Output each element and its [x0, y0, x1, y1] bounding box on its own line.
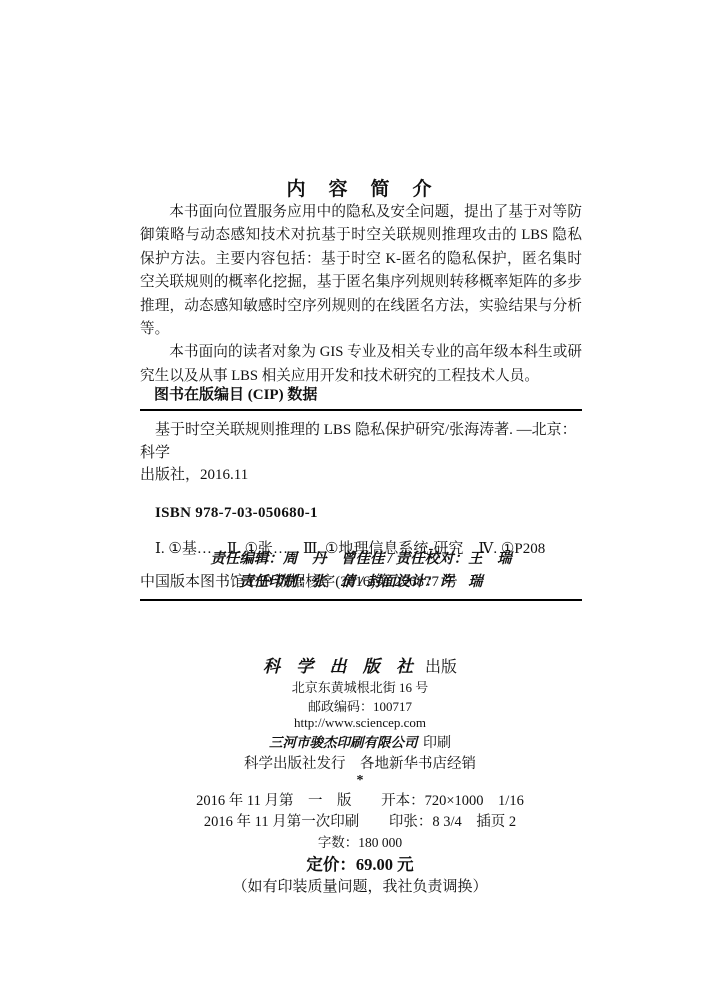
content-summary-title: 内 容 简 介: [0, 174, 720, 201]
printer-name: 三河市骏杰印刷有限公司: [269, 735, 418, 750]
edition-line: 2016 年 11 月第 一 版 开本：720×1000 1/16: [0, 789, 720, 810]
edition-text: 2016 年 11 月第 一 版: [196, 793, 351, 809]
distribution-line: 科学出版社发行 各地新华书店经销: [0, 752, 720, 773]
publisher-suffix: 出版: [425, 659, 457, 676]
price: 定价：69.00 元: [0, 851, 720, 875]
divider-bottom: [140, 599, 582, 601]
staff-credits: 责任编辑：周 丹 曾佳佳 / 责任校对：王 瑞 责任印制：张 倩 / 封面设计：…: [140, 548, 582, 594]
cip-entry-line1: 基于时空关联规则推理的 LBS 隐私保护研究/张海涛著. —北京：科学: [140, 419, 582, 464]
summary-paragraph-1: 本书面向位置服务应用中的隐私及安全问题，提出了基于对等防御策略与动态感知技术对抗…: [140, 201, 582, 341]
impression-line: 2016 年 11 月第一次印刷 印张：8 3/4 插页 2: [0, 810, 720, 831]
isbn-number: ISBN 978-7-03-050680-1: [140, 505, 582, 522]
staff-printing-line: 责任印制：张 倩 / 封面设计：许 瑞: [140, 571, 582, 594]
format-text: 开本：720×1000 1/16: [381, 793, 524, 809]
printer-line: 三河市骏杰印刷有限公司 印刷: [0, 731, 720, 752]
impression-text: 2016 年 11 月第一次印刷: [204, 814, 359, 830]
publisher-line: 科 学 出 版 社 出版: [0, 652, 720, 677]
summary-paragraph-2: 本书面向的读者对象为 GIS 专业及相关专业的高年级本科生或研究生以及从事 LB…: [140, 341, 582, 388]
cip-heading: 图书在版编目 (CIP) 数据: [140, 383, 582, 404]
exchange-notice: （如有印装质量问题，我社负责调换）: [0, 875, 720, 896]
cip-entry: 基于时空关联规则推理的 LBS 隐私保护研究/张海涛著. —北京：科学 出版社，…: [140, 419, 582, 487]
staff-editors-line: 责任编辑：周 丹 曾佳佳 / 责任校对：王 瑞: [140, 548, 582, 571]
publisher-logotype: 科 学 出 版 社: [263, 657, 419, 676]
book-copyright-page: 内 容 简 介 本书面向位置服务应用中的隐私及安全问题，提出了基于对等防御策略与…: [0, 0, 720, 1000]
postal-code: 邮政编码：100717: [0, 696, 720, 715]
cip-entry-line2: 出版社，2016.11: [140, 464, 582, 487]
publisher-address: 北京东黄城根北街 16 号: [0, 677, 720, 696]
divider-top: [140, 409, 582, 411]
content-summary-body: 本书面向位置服务应用中的隐私及安全问题，提出了基于对等防御策略与动态感知技术对抗…: [140, 201, 582, 388]
sheets-text: 印张：8 3/4 插页 2: [389, 814, 516, 830]
publisher-website: http://www.sciencep.com: [0, 715, 720, 731]
word-count: 字数：180 000: [0, 831, 720, 851]
printer-suffix: 印刷: [423, 736, 451, 751]
star-separator: *: [0, 773, 720, 789]
imprint-block: 科 学 出 版 社 出版 北京东黄城根北街 16 号 邮政编码：100717 h…: [0, 652, 720, 896]
